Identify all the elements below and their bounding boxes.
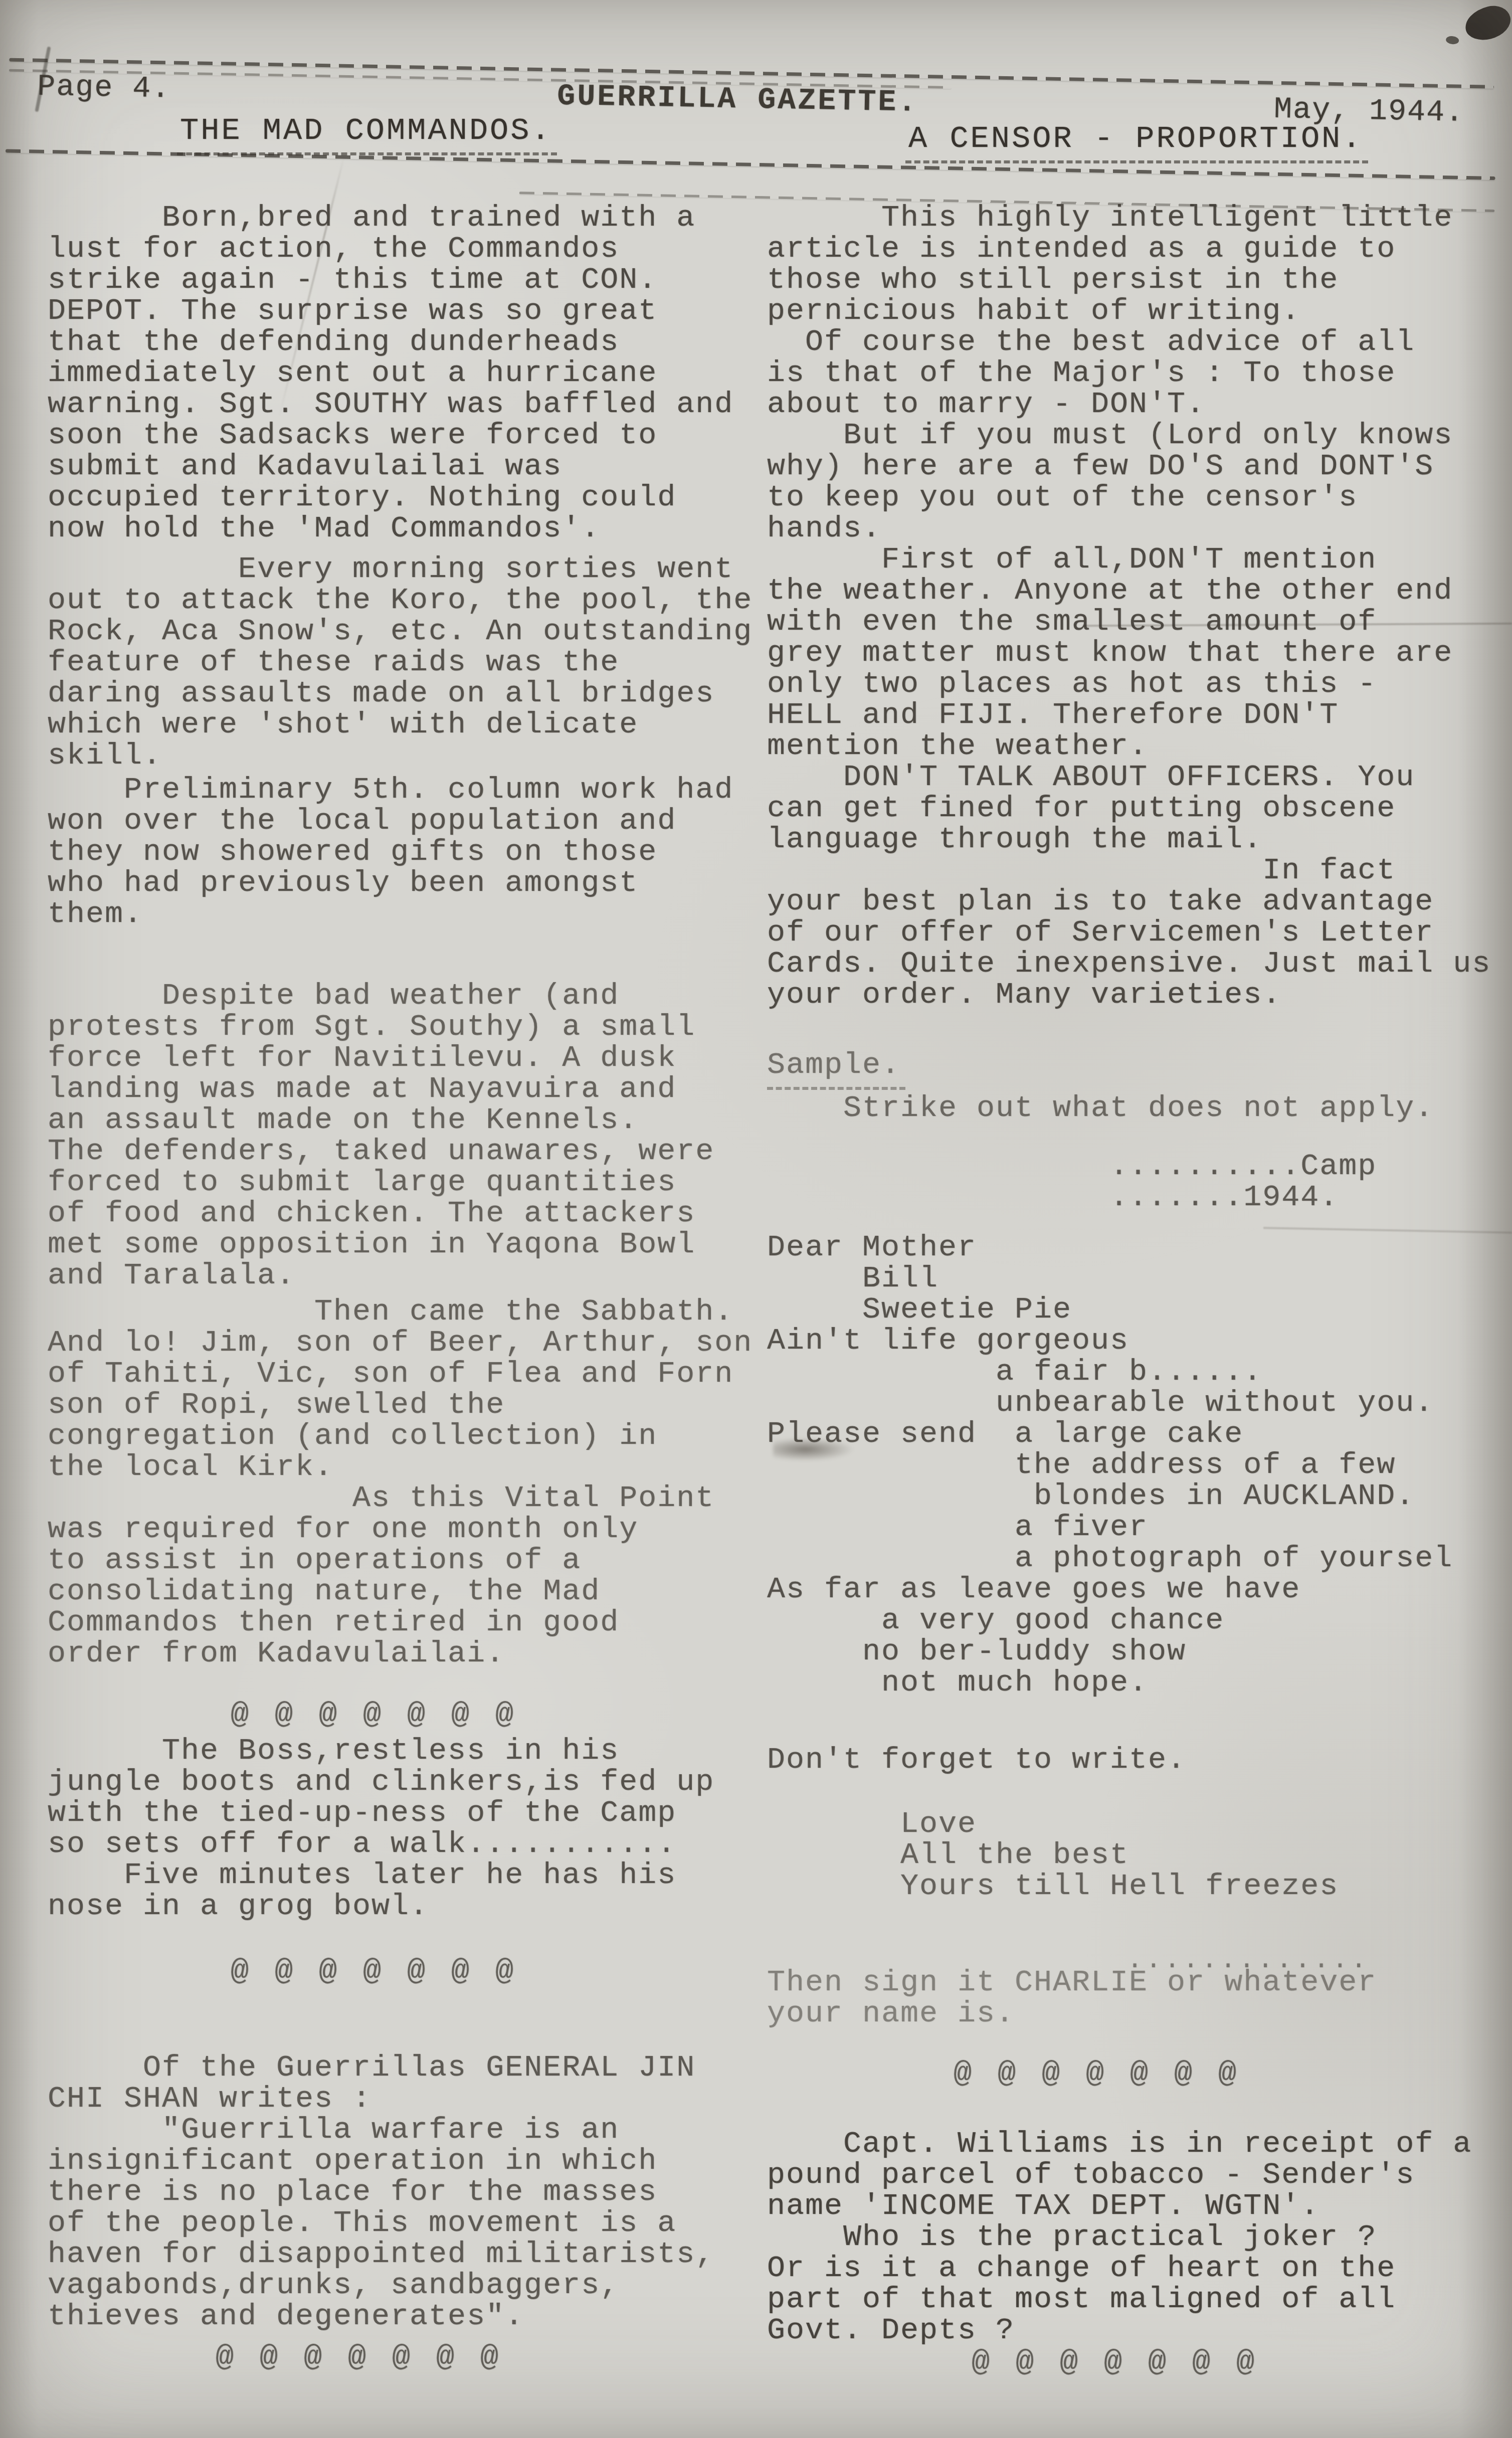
article-heading-mad-commandos: THE MAD COMMANDOS.: [177, 115, 557, 155]
section-divider: @ @ @ @ @ @ @: [231, 1956, 517, 1987]
paragraph: Preliminary 5th. column work had won ove…: [48, 775, 733, 930]
section-divider: @ @ @ @ @ @ @: [231, 1700, 517, 1731]
left-column: THE MAD COMMANDOS. Born,bred and trained…: [48, 0, 770, 2438]
scanned-newsletter-page: { "header": { "page_label": "Page 4.", "…: [0, 0, 1512, 2438]
paragraph: Born,bred and trained with a lust for ac…: [48, 203, 733, 544]
paragraph: Then came the Sabbath. And lo! Jim, son …: [48, 1296, 752, 1669]
right-column: A CENSOR - PROPORTION. This highly intel…: [767, 0, 1512, 2438]
letter-signoff: Love All the best Yours till Hell freeze…: [767, 1809, 1339, 1902]
paragraph: This highly intelligent little article i…: [767, 203, 1491, 1011]
sample-heading: Sample.: [767, 1050, 905, 1090]
article-heading-censor-proportion: A CENSOR - PROPORTION.: [905, 123, 1368, 163]
paragraph: Every morning sorties went out to attack…: [48, 554, 752, 772]
paragraph: Despite bad weather (and protests from S…: [48, 981, 714, 1291]
section-divider: @ @ @ @ @ @ @: [954, 2058, 1240, 2090]
section-divider: @ @ @ @ @ @ @: [216, 2342, 502, 2373]
instruction-line: Strike out what does not apply.: [767, 1093, 1434, 1124]
letter-camp-date: ..........Camp .......1944.: [767, 1151, 1377, 1213]
paragraph: Capt. Williams is in receipt of a pound …: [767, 2129, 1472, 2346]
letter-body: Dear Mother Bill Sweetie Pie Ain't life …: [767, 1232, 1453, 1699]
section-divider: @ @ @ @ @ @ @: [972, 2347, 1258, 2378]
paragraph: Then sign it CHARLIE or whatever your na…: [767, 1967, 1377, 2029]
paragraph: The Boss,restless in his jungle boots an…: [48, 1736, 714, 1922]
letter-line: Don't forget to write.: [767, 1745, 1186, 1776]
paragraph: Of the Guerrillas GENERAL JIN CHI SHAN w…: [48, 2052, 714, 2332]
